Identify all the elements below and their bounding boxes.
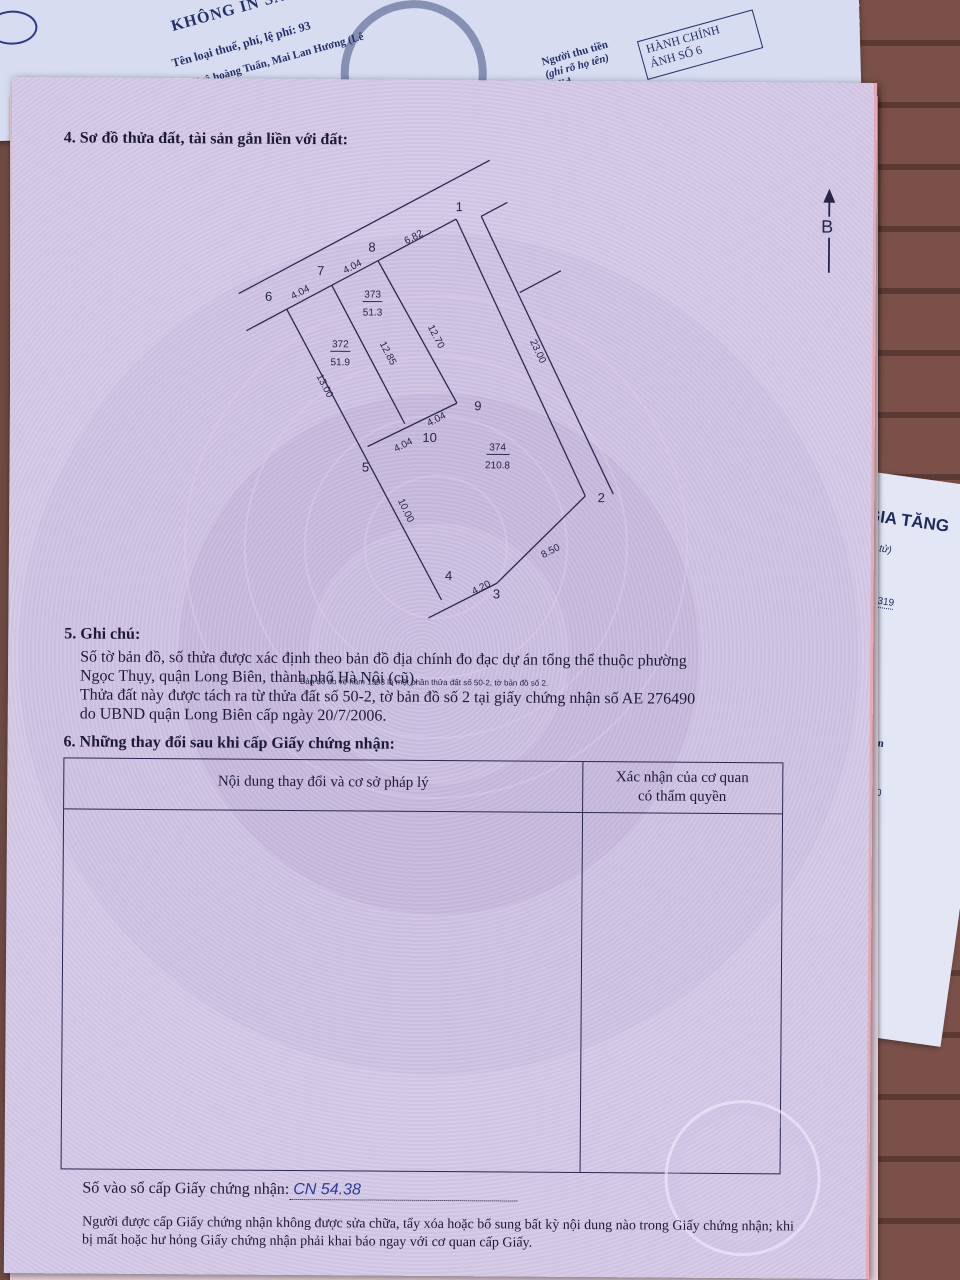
edge-length-8-1: 6.82 (403, 228, 426, 247)
point-label-8: 8 (368, 239, 375, 254)
edge-length-6-5: 13.00 (314, 372, 336, 400)
table-header-confirmation: Xác nhận của cơ quan có thẩm quyền (582, 768, 782, 807)
registration-number: CN 54.38 (289, 1181, 517, 1202)
parcel-area-373: 51.3 (363, 307, 383, 318)
point-label-6: 6 (265, 289, 272, 304)
table-header-divider (64, 808, 782, 814)
section6-title: 6. Những thay đổi sau khi cấp Giấy chứng… (63, 733, 394, 753)
section5-title: 5. Ghi chú: (64, 625, 140, 644)
receipt-logo-icon (0, 10, 38, 45)
confirmation-header-line2: có thẩm quyền (638, 788, 726, 805)
edge-length-2-3: 8.50 (540, 542, 563, 561)
point-label-2: 2 (598, 490, 605, 505)
point-label-9: 9 (474, 398, 481, 413)
point-label-1: 1 (456, 199, 463, 214)
point-label-10: 10 (422, 430, 437, 445)
changes-table: Nội dung thay đổi và cơ sở pháp lý Xác n… (61, 757, 784, 1174)
edge-length-4-3: 4.20 (470, 578, 493, 597)
edge-length-10-9: 4.04 (425, 410, 448, 429)
edge-length-5-4: 10.00 (395, 497, 416, 525)
point-label-4: 4 (445, 568, 452, 583)
parcel-number-374: 374 (489, 442, 506, 453)
receipt-stamp: HÀNH CHÍNH ÁNH SỐ 6 (637, 9, 763, 80)
edge-length-8-9: 12.70 (425, 323, 447, 351)
parcel-sketch: 1234567891037351.337251.9374210.84.044.0… (8, 77, 874, 703)
parcel-area-374: 210.8 (485, 460, 511, 471)
edge-length-7-10: 12.85 (377, 340, 399, 368)
parcel-area-372: 51.9 (330, 357, 350, 368)
parcel-number-373: 373 (364, 289, 381, 300)
table-header-content: Nội dung thay đổi và cơ sở pháp lý (64, 772, 582, 793)
land-use-certificate-page: 4. Sơ đồ thửa đất, tài sản gắn liền với … (4, 77, 877, 1279)
point-label-3: 3 (493, 586, 500, 601)
table-column-divider (580, 762, 584, 1172)
section5-notes: Số tờ bản đồ, số thửa được xác định theo… (80, 647, 696, 727)
edge-length-6-7: 4.04 (289, 283, 312, 302)
certificate-warning: Người được cấp Giấy chứng nhận không đượ… (82, 1214, 802, 1255)
point-label-5: 5 (362, 459, 369, 474)
point-label-7: 7 (317, 263, 324, 278)
parcel-number-372: 372 (332, 339, 349, 350)
edge-length-5-10: 4.04 (392, 436, 415, 455)
confirmation-header-line1: Xác nhận của cơ quan (616, 769, 749, 786)
registration-line: Số vào sổ cấp Giấy chứng nhận:CN 54.38 (82, 1180, 517, 1202)
registration-label: Số vào sổ cấp Giấy chứng nhận: (82, 1180, 289, 1198)
